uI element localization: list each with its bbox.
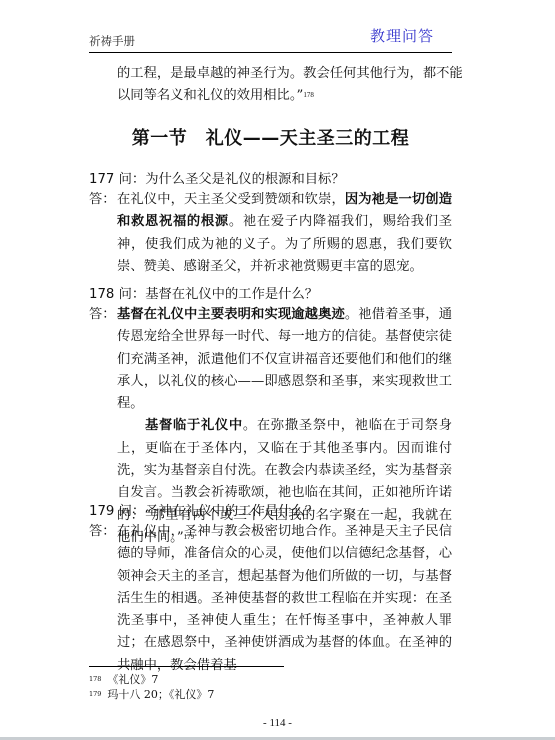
continued-line-1: 的工程，是最卓越的神圣行为。教会任何其他行为，都不能 — [117, 63, 452, 85]
question-178: 178 问：基督在礼仪中的工作是什么？ — [89, 285, 452, 305]
footnote-178: 178《礼仪》7 — [89, 672, 214, 687]
page-header: 祈祷手册 教理问答 — [89, 24, 452, 53]
footnote-divider — [89, 666, 284, 667]
question-179: 179 问：圣神在礼仪中的工作是什么？ — [89, 502, 452, 522]
footnote-179: 179玛十八 20；《礼仪》7 — [89, 687, 214, 702]
page-number: - 114 - — [0, 717, 555, 729]
answer-label: 答： — [89, 189, 116, 211]
footnotes: 178《礼仪》7 179玛十八 20；《礼仪》7 — [89, 672, 214, 702]
answer-emphasis: 基督临于礼仪中 — [145, 418, 243, 433]
question-177: 177 问：为什么圣父是礼仪的根源和目标？ — [89, 170, 452, 190]
section-title: 第一节 礼仪——天主圣三的工程 — [89, 124, 452, 150]
answer-179: 答： 在礼仪中，圣神与教会极密切地合作。圣神是天主子民信德的导师，准备信众的心灵… — [89, 521, 452, 677]
answer-label: 答： — [89, 304, 116, 326]
footnote-ref-178[interactable]: 178 — [303, 91, 314, 99]
document-page: 祈祷手册 教理问答 的工程，是最卓越的神圣行为。教会任何其他行为，都不能 以同等… — [0, 0, 555, 737]
answer-emphasis: 基督在礼仪中主要表明和实现逾越奥迹 — [117, 307, 345, 322]
answer-label: 答： — [89, 521, 116, 543]
continued-paragraph: 的工程，是最卓越的神圣行为。教会任何其他行为，都不能 以同等名义和礼仪的效用相比… — [117, 63, 452, 108]
continued-line-2: 以同等名义和礼仪的效用相比。”178 — [117, 85, 452, 107]
answer-177: 答： 在礼仪中，天主圣父受到赞颂和钦崇，因为祂是一切创造和救恩祝福的根源。祂在爱… — [89, 189, 452, 278]
chapter-title: 教理问答 — [370, 25, 434, 46]
book-title: 祈祷手册 — [89, 33, 135, 49]
